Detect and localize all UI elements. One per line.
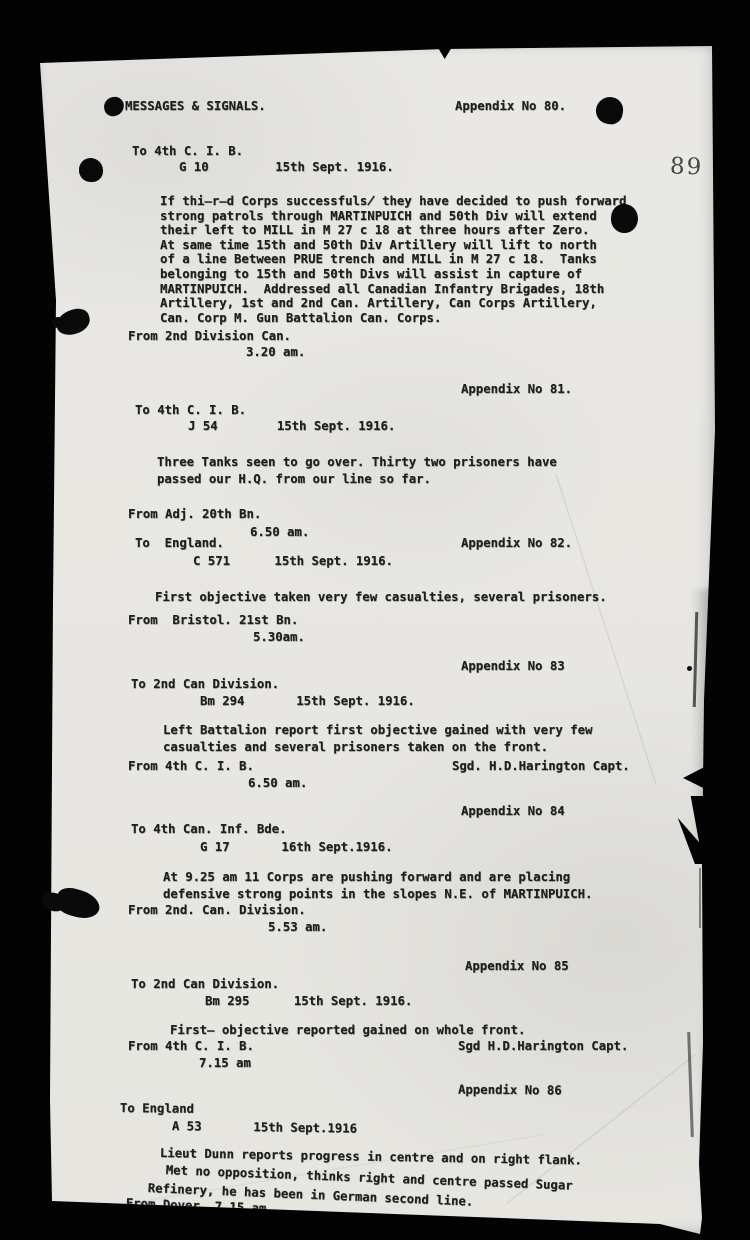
message-82-from: From Bristol. 21st Bn. <box>128 614 298 627</box>
message-81-from: From Adj. 20th Bn. <box>128 508 261 521</box>
message-83-body: Left Battalion report first objective ga… <box>163 722 592 756</box>
message-85-signature: Sgd H.D.Harington Capt. <box>458 1040 628 1053</box>
message-86-ref: A 53 15th Sept.1916 <box>172 1120 357 1136</box>
message-83-time: 6.50 am. <box>248 777 307 790</box>
message-84-body: At 9.25 am 11 Corps are pushing forward … <box>163 869 592 903</box>
message-line: MARTINPUICH. Addressed all Canadian Infa… <box>160 282 626 297</box>
message-line: At 9.25 am 11 Corps are pushing forward … <box>163 869 592 886</box>
edge-shadow <box>700 1029 718 1199</box>
handwritten-page-number: 89 <box>670 153 704 180</box>
message-line: belonging to 15th and 50th Divs will ass… <box>160 267 626 282</box>
ink-blot <box>52 317 64 328</box>
appendix-84-label: Appendix No 84 <box>461 805 565 818</box>
message-line: their left to MILL in M 27 c 18 at three… <box>160 223 626 238</box>
message-84-time: 5.53 am. <box>268 921 327 934</box>
appendix-80-label: Appendix No 80. <box>455 100 566 113</box>
message-80-body: If thi̶r̶d Corps successfuls̸ they have … <box>160 194 626 325</box>
ink-speck <box>687 666 692 671</box>
appendix-86-label: Appendix No 86 <box>458 1084 562 1098</box>
message-83-to: To 2nd Can Division. <box>131 678 279 691</box>
message-85-body: First̶ objective reported gained on whol… <box>170 1022 525 1039</box>
message-81-ref: J 54 15th Sept. 1916. <box>188 420 395 433</box>
edge-tear-line <box>699 868 701 928</box>
message-line: Left Battalion report first objective ga… <box>163 722 592 739</box>
message-80-to: To 4th C. I. B. <box>132 145 243 158</box>
message-80-time: 3.20 am. <box>246 346 305 359</box>
message-80-ref: G 10 15th Sept. 1916. <box>179 161 394 174</box>
message-82-to: To England. <box>135 537 224 550</box>
appendix-83-label: Appendix No 83 <box>461 660 565 673</box>
message-85-to: To 2nd Can Division. <box>131 978 279 991</box>
ink-blot <box>79 158 103 182</box>
message-86-from: From Dover. 7.15 am <box>126 1197 267 1215</box>
message-86-to: To England <box>120 1102 194 1116</box>
message-line: defensive strong points in the slopes N.… <box>163 886 592 903</box>
message-81-to: To 4th C. I. B. <box>135 404 246 417</box>
appendix-85-label: Appendix No 85 <box>465 960 569 973</box>
message-83-signature: Sgd. H.D.Harington Capt. <box>452 760 630 773</box>
message-84-ref: G 17 16th Sept.1916. <box>200 841 393 854</box>
message-line: strong patrols through MARTINPUICH and 5… <box>160 209 626 224</box>
message-line: passed our H.Q. from our line so far. <box>157 471 557 488</box>
message-line: of a line Between PRUE trench and MILL i… <box>160 252 626 267</box>
scanned-page: MESSAGES & SIGNALS. Appendix No 80. To 4… <box>0 0 750 1240</box>
message-85-from: From 4th C. I. B. <box>128 1040 254 1053</box>
message-80-from: From 2nd Division Can. <box>128 330 291 343</box>
message-line: casualties and several prisoners taken o… <box>163 739 592 756</box>
message-84-to: To 4th Can. Inf. Bde. <box>131 823 286 836</box>
message-81-body: Three Tanks seen to go over. Thirty two … <box>157 454 557 488</box>
message-85-ref: Bm 295 15th Sept. 1916. <box>205 995 412 1008</box>
page-title: MESSAGES & SIGNALS. <box>125 100 266 113</box>
message-line: Can. Corp M. Gun Battalion Can. Corps. <box>160 311 626 326</box>
message-line: First objective taken very few casualtie… <box>155 589 607 606</box>
message-84-from: From 2nd. Can. Division. <box>128 904 306 917</box>
message-82-body: First objective taken very few casualtie… <box>155 589 607 606</box>
message-line: If thi̶r̶d Corps successfuls̸ they have … <box>160 194 626 209</box>
appendix-81-label: Appendix No 81. <box>461 383 572 396</box>
message-82-ref: C 571 15th Sept. 1916. <box>193 555 393 568</box>
message-line: At same time 15th and 50th Div Artillery… <box>160 238 626 253</box>
message-85-time: 7.15 am <box>199 1057 251 1070</box>
message-83-ref: Bm 294 15th Sept. 1916. <box>200 695 415 708</box>
appendix-82-label: Appendix No 82. <box>461 537 572 550</box>
message-line: Three Tanks seen to go over. Thirty two … <box>157 454 557 471</box>
message-82-time: 5.30am. <box>253 631 305 644</box>
message-81-time: 6.50 am. <box>250 526 309 539</box>
message-line: Artillery, 1st and 2nd Can. Artillery, C… <box>160 296 626 311</box>
message-83-from: From 4th C. I. B. <box>128 760 254 773</box>
message-line: First̶ objective reported gained on whol… <box>170 1022 525 1039</box>
